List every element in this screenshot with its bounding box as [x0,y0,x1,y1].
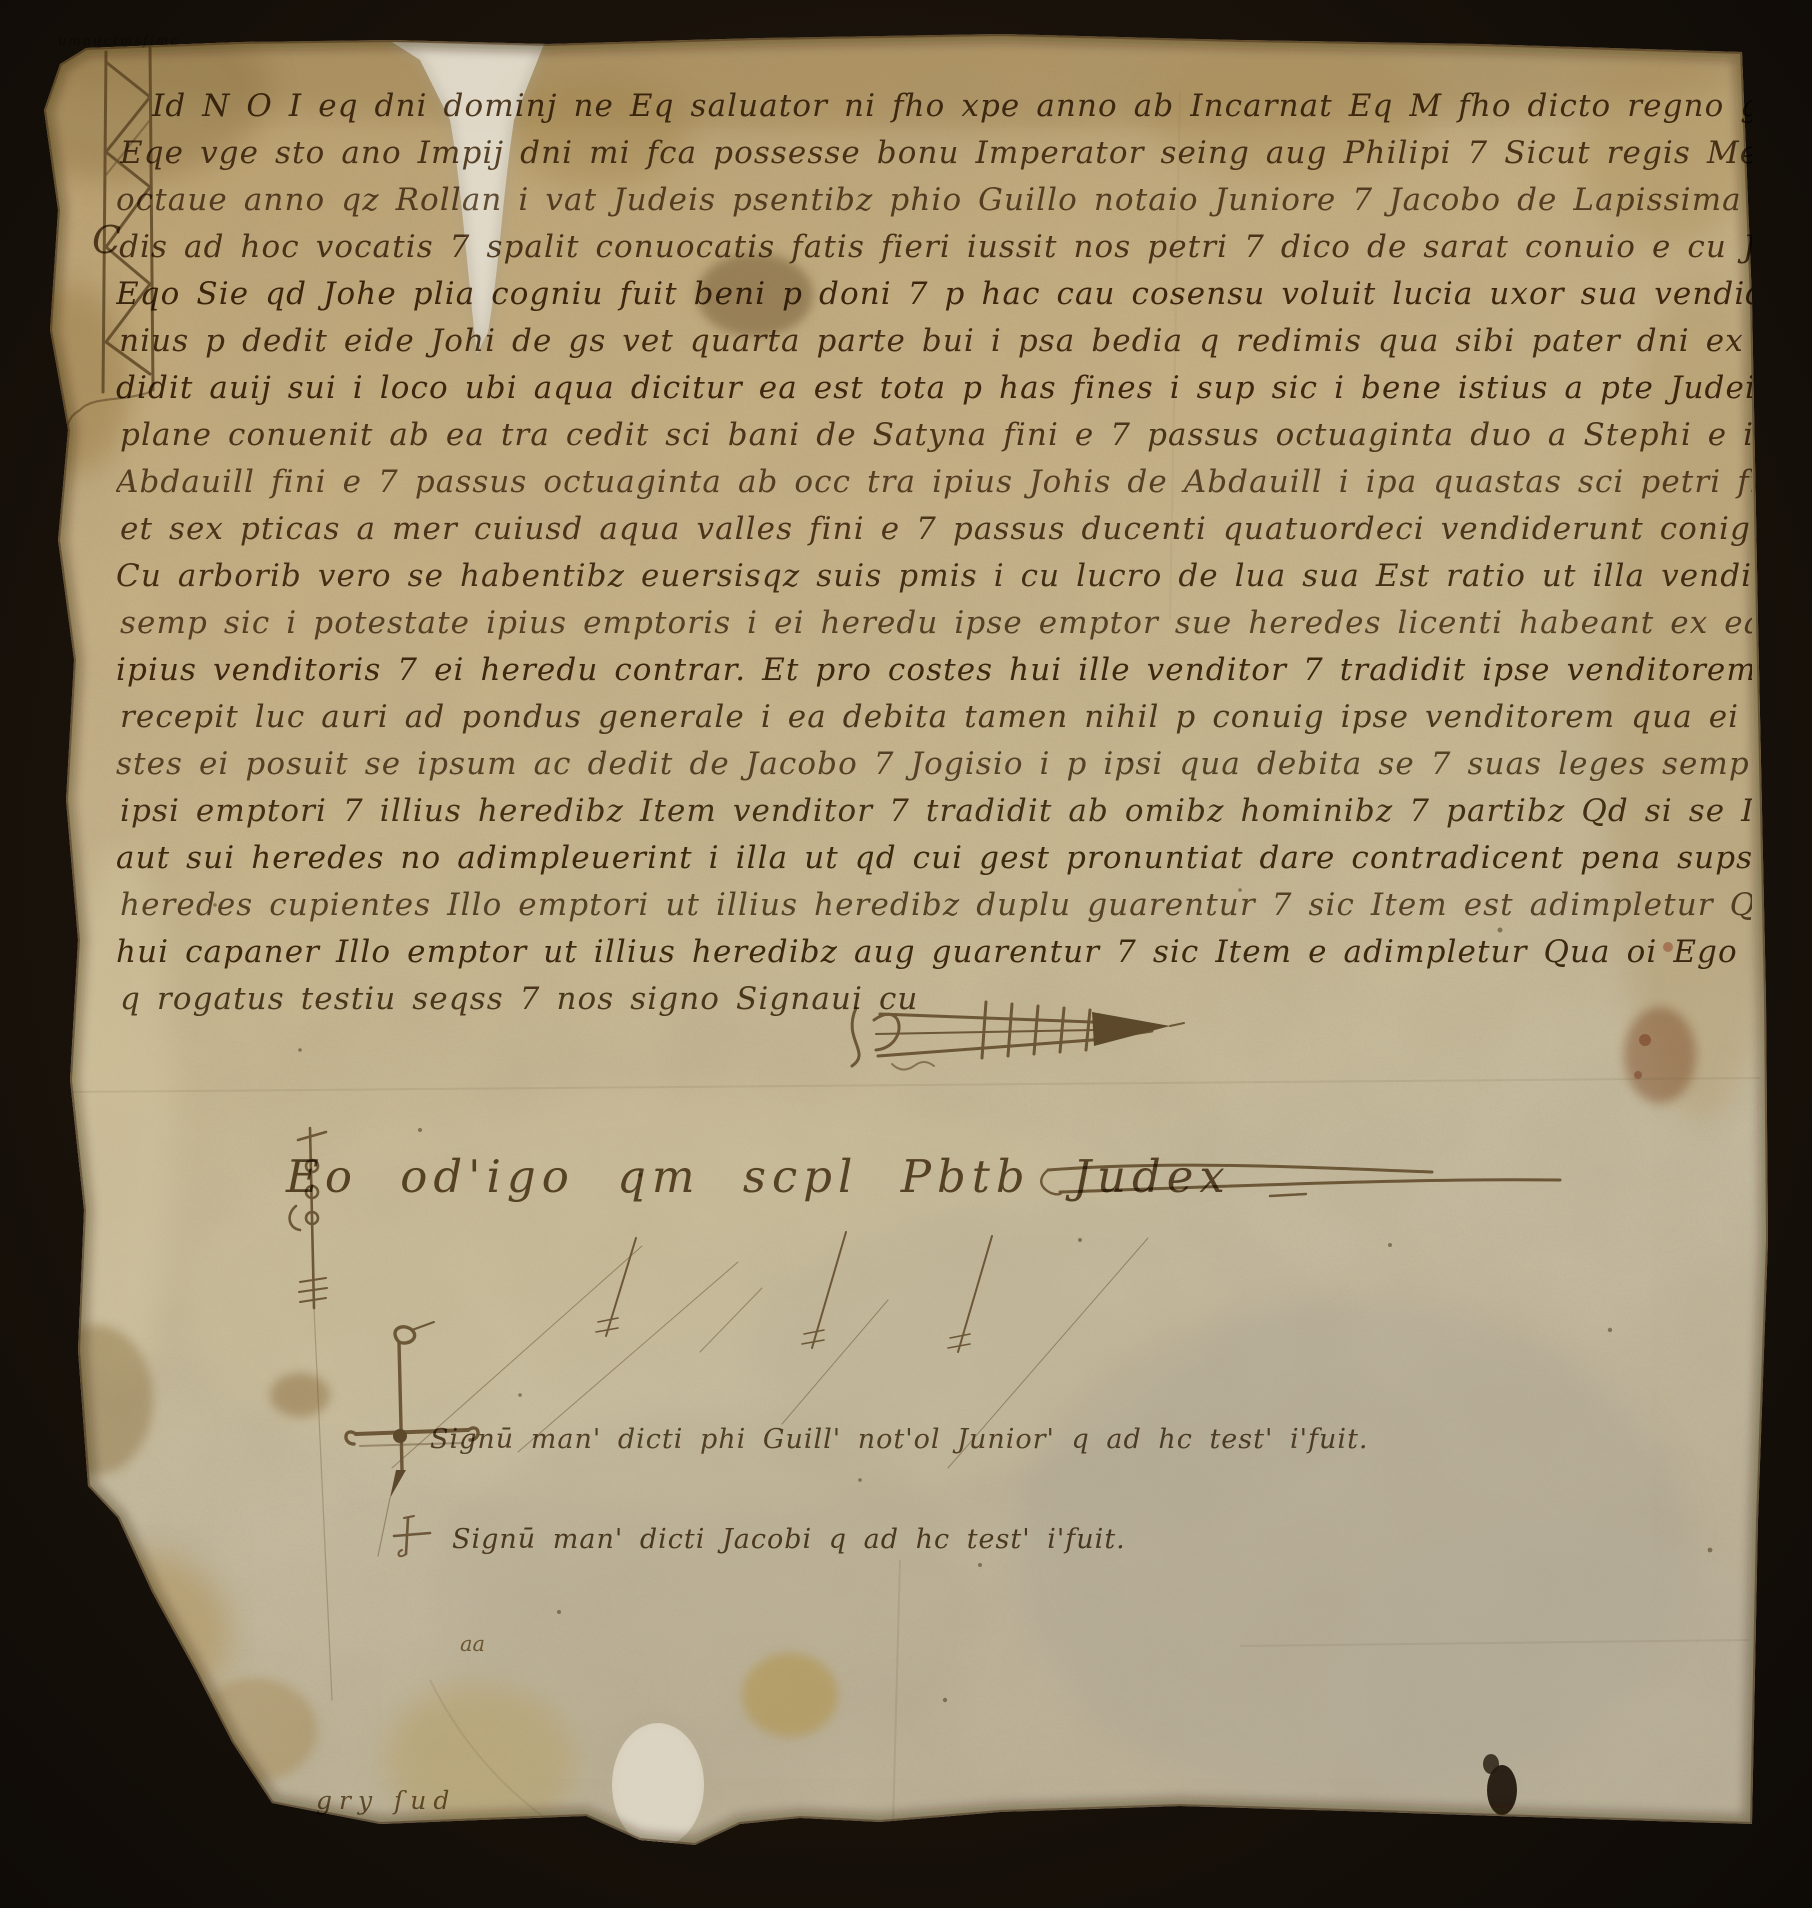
witness-attestation-1: Signū man' dicti phi Guill' not'ol Junio… [430,1424,1369,1455]
text-line: aut sui heredes no adimpleuerint i illa … [116,840,1752,887]
archive-mark: aa [460,1632,485,1656]
text-line: recepit luc auri ad pondus generale i ea… [120,699,1752,746]
notary-subscription: Eo od'igo qm scpl Pbtb Judex [286,1150,1231,1203]
witness-attestation-2: Signū man' dicti Jacobi q ad hc test' i'… [452,1524,1126,1555]
text-line-final: q rogatus testiu seqss 7 nos signo Signa… [120,981,1752,1028]
text-line: heredes cupientes Illo emptori ut illius… [120,887,1752,934]
text-line: Eqe vge sto ano Impij dni mi fca possess… [120,135,1752,182]
text-line: semp sic i potestate ipius emptoris i ei… [120,605,1752,652]
bottom-edge-marks: gry ſud [316,1786,456,1815]
top-edge-scribble: umnuctmsfimr [58,34,178,49]
text-line: ipsi emptori 7 illius heredibz Item vend… [120,793,1752,840]
text-line: ndis ad hoc vocatis 7 spalit conuocatis … [116,229,1752,276]
text-line: octaue anno qz Rollan i vat Judeis psent… [116,182,1752,229]
manuscript-text-block: Id N O I eq dni dominj ne Eq saluator ni… [116,88,1752,1028]
text-line: plane conuenit ab ea tra cedit sci bani … [120,417,1752,464]
text-line: unius p dedit eide Johi de gs vet quarta… [116,323,1752,370]
text-line: Abdauill fini e 7 passus octuaginta ab o… [116,464,1752,511]
text-line: et sex pticas a mer cuiusd aqua valles f… [120,511,1752,558]
text-line: hui capaner Illo emptor ut illius heredi… [116,934,1752,981]
repair-patch-bottom [606,1717,710,1853]
text-line: Id N O I eq dni dominj ne Eq saluator ni… [116,88,1752,135]
charter-photograph: umnuctmsfimr Id N O I eq dni dominj ne E… [0,0,1812,1908]
text-line: didit auij sui i loco ubi aqua dicitur e… [116,370,1752,417]
margin-letter: C [92,218,121,262]
text-line: stes ei posuit se ipsum ac dedit de Jaco… [116,746,1752,793]
text-line: Eqo Sie qd Johe plia cogniu fuit beni p … [116,276,1752,323]
text-line: Cu arborib vero se habentibz euersisqz s… [116,558,1752,605]
text-line: ipius venditoris 7 ei heredu contrar. Et… [116,652,1752,699]
